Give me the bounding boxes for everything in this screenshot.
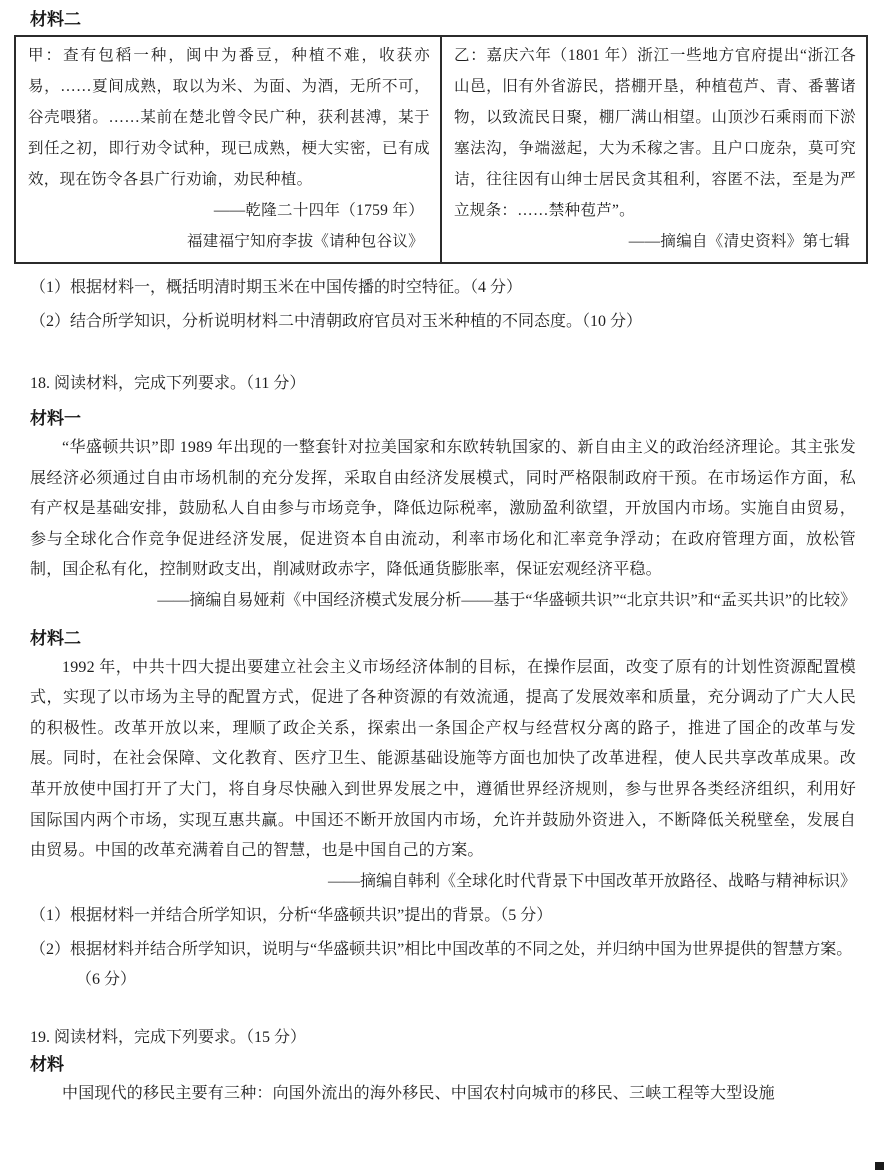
material-q19-paragraph: 中国现代的移民主要有三种：向国外流出的海外移民、中国农村向城市的移民、三峡工程等…: [30, 1079, 856, 1110]
table-row: 甲：查有包稻一种，闽中为番豆，种植不难，收获亦易，……夏间成熟，取以为米、为面、…: [15, 36, 867, 263]
materials-comparison-table: 甲：查有包稻一种，闽中为番豆，种植不难，收获亦易，……夏间成熟，取以为米、为面、…: [14, 35, 868, 264]
cell-jia-text: 甲：查有包稻一种，闽中为番豆，种植不难，收获亦易，……夏间成熟，取以为米、为面、…: [28, 40, 430, 195]
material-2-heading-q17: 材料二: [30, 8, 856, 32]
cell-yi-text: 乙：嘉庆六年（1801 年）浙江一些地方官府提出“浙江各山邑，旧有外省游民，搭棚…: [454, 40, 856, 226]
question17-part2: （2）结合所学知识，分析说明材料二中清朝政府官员对玉米种植的不同态度。（10 分…: [30, 307, 856, 337]
question18-heading: 18. 阅读材料，完成下列要求。（11 分）: [30, 369, 856, 399]
question19-heading: 19. 阅读材料，完成下列要求。（15 分）: [30, 1023, 856, 1053]
material-2-paragraph: 1992 年，中共十四大提出要建立社会主义市场经济体制的目标，在操作层面，改变了…: [30, 653, 856, 867]
exam-page: 材料二 甲：查有包稻一种，闽中为番豆，种植不难，收获亦易，……夏间成熟，取以为米…: [0, 0, 884, 1172]
cell-yi-source: ——摘编自《清史资料》第七辑: [454, 226, 856, 257]
question17-part1: （1）根据材料一，概括明清时期玉米在中国传播的时空特征。（4 分）: [30, 273, 856, 303]
material-2-heading-q18: 材料二: [30, 627, 856, 651]
table-cell-yi: 乙：嘉庆六年（1801 年）浙江一些地方官府提出“浙江各山邑，旧有外省游民，搭棚…: [441, 36, 867, 263]
material-heading-q19: 材料: [30, 1053, 856, 1077]
material-1-heading-q18: 材料一: [30, 407, 856, 431]
material-1-source: ——摘编自易娅莉《中国经济模式发展分析——基于“华盛顿共识”“北京共识”和“孟买…: [30, 586, 856, 617]
question18-part2: （2）根据材料并结合所学知识，说明与“华盛顿共识”相比中国改革的不同之处，并归纳…: [30, 935, 856, 995]
table-cell-jia: 甲：查有包稻一种，闽中为番豆，种植不难，收获亦易，……夏间成熟，取以为米、为面、…: [15, 36, 441, 263]
material-1-paragraph: “华盛顿共识”即 1989 年出现的一整套针对拉美国家和东欧转轨国家的、新自由主…: [30, 433, 856, 586]
cell-jia-source-author: 福建福宁知府李拔《请种包谷议》: [28, 226, 430, 257]
material-2-source: ——摘编自韩利《全球化时代背景下中国改革开放路径、战略与精神标识》: [30, 867, 856, 898]
scan-artifact-mark: [875, 1162, 884, 1170]
cell-jia-source-year: ——乾隆二十四年（1759 年）: [28, 195, 430, 226]
question18-part1: （1）根据材料一并结合所学知识，分析“华盛顿共识”提出的背景。（5 分）: [30, 901, 856, 931]
